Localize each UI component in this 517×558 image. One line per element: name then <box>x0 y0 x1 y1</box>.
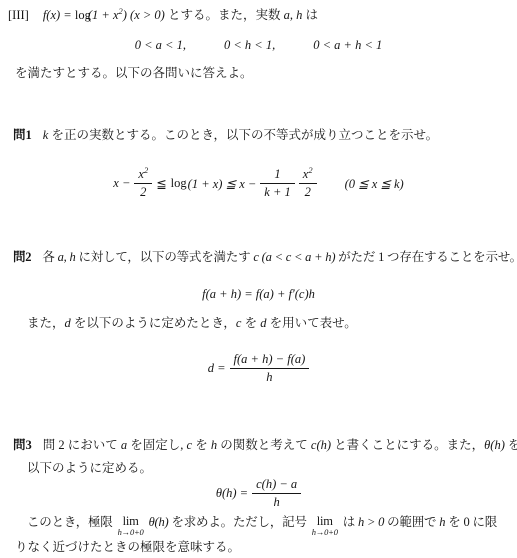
equation-text: f(a + h) = f(a) + f′(c)h <box>202 287 315 302</box>
fraction-1-over-k-plus-1: 1k + 1 <box>260 167 294 200</box>
final-text-a: このとき，極限 <box>27 515 113 529</box>
final-text-e: を 0 に限 <box>445 515 497 529</box>
question-2-text-a: 各 <box>42 250 57 264</box>
intro-close-line: を満たすとする。以下の各問いに答えよ。 <box>15 64 253 83</box>
question-1-inequality: x − x22 ≦ log (1 + x) ≦ x − 1k + 1 x22 (… <box>0 167 517 200</box>
fraction-denominator: k + 1 <box>260 183 294 200</box>
fraction-numerator: c(h) − a <box>252 477 301 493</box>
theta-fraction: c(h) − ah <box>252 477 301 510</box>
limit-notation: limh→0+0 <box>312 515 338 537</box>
fraction-numerator: x2 <box>134 167 152 183</box>
condition-h: 0 < h < 1, <box>224 38 275 52</box>
exam-page: [III]f(x) = log(1 + x2) (x > 0) とする。また，実… <box>0 0 517 558</box>
d-definition-formula: d = f(a + h) − f(a)h <box>0 352 517 385</box>
limit-notation: limh→0+0 <box>118 515 144 537</box>
final-paragraph-line-2: りなく近づけたときの極限を意味する。 <box>15 538 240 557</box>
question-3-line-2: 以下のように定める。 <box>27 459 152 478</box>
fraction-numerator: x2 <box>299 167 317 183</box>
d-equals: d = <box>208 361 226 376</box>
x-range-condition: (0 ≦ x ≦ k) <box>345 176 404 192</box>
final-text-c: は <box>343 515 358 529</box>
followup-text-c: を <box>241 316 260 330</box>
fraction-x2-over-2: x22 <box>134 167 152 200</box>
condition-a: 0 < a < 1, <box>135 38 186 52</box>
intro-line: [III]f(x) = log(1 + x2) (x > 0) とする。また，実… <box>8 6 318 25</box>
theta-of-h: θ(h) <box>149 515 169 529</box>
function-c-of-h: c(h) <box>311 438 331 452</box>
fraction-x2-over-2: x22 <box>299 167 317 200</box>
followup-text-d: を用いて表せ。 <box>266 316 356 330</box>
followup-text-a: また， <box>27 316 65 330</box>
question-2-text-c: がただ 1 つ存在することを示せ。 <box>335 250 517 264</box>
question-2-text-b: に対して，以下の等式を満たす <box>76 250 254 264</box>
leq-symbol: ≦ <box>156 176 166 192</box>
lim-subscript: h→0+0 <box>312 528 338 537</box>
conditions-line: 0 < a < 1,0 < h < 1,0 < a + h < 1 <box>0 36 517 55</box>
term-x-minus: x − <box>113 176 130 191</box>
fraction-denominator: 2 <box>299 183 317 200</box>
intro-text-particle: は <box>302 8 318 22</box>
theta-equals: θ(h) = <box>216 486 248 501</box>
numerator-exponent: 2 <box>144 165 148 175</box>
question-2-label: 問2 <box>13 250 31 264</box>
problem-number: [III] <box>8 8 29 22</box>
function-definition: f(x) = <box>43 8 75 22</box>
question-1-text: を正の実数とする。このとき，以下の不等式が成り立つことを示せ。 <box>48 128 438 142</box>
function-theta-of-h: θ(h) <box>484 438 505 452</box>
question-3-text-a: 問 2 において <box>43 438 121 452</box>
domain-condition: ) (x > 0) <box>123 8 168 22</box>
question-3-text-d: の関数と考えて <box>217 438 311 452</box>
c-range: c (a < c < a + h) <box>253 250 335 264</box>
question-3-text-e: と書くことにする。また， <box>331 438 484 452</box>
log-symbol: log <box>171 176 187 191</box>
fraction-numerator: 1 <box>260 167 294 183</box>
question-3-text-f: を <box>505 438 517 452</box>
mean-value-equation: f(a + h) = f(a) + f′(c)h <box>0 287 517 302</box>
question-3-line-1: 問3問 2 において a を固定し, c を h の関数と考えて c(h) と書… <box>13 436 517 455</box>
question-1-line: 問1k を正の実数とする。このとき，以下の不等式が成り立つことを示せ。 <box>13 126 438 145</box>
function-argument: (1 + x <box>88 8 119 22</box>
fraction-denominator: h <box>252 493 301 510</box>
final-paragraph-line-1: このとき，極限limh→0+0θ(h) を求めよ。ただし，記号limh→0+0は… <box>27 513 497 537</box>
middle-term: (1 + x) ≦ x − <box>188 176 257 192</box>
difference-quotient-fraction: f(a + h) − f(a)h <box>230 352 310 385</box>
lim-subscript: h→0+0 <box>118 528 144 537</box>
variable-names: a, h <box>284 8 303 22</box>
question-3-label: 問3 <box>13 438 32 452</box>
question-3-text-c: を <box>192 438 211 452</box>
intro-text: とする。また，実数 <box>168 8 284 22</box>
numerator-exponent: 2 <box>308 165 312 175</box>
final-text-d: の範囲で <box>384 515 439 529</box>
fraction-numerator: f(a + h) − f(a) <box>230 352 310 368</box>
condition-a-plus-h: 0 < a + h < 1 <box>313 38 382 52</box>
question-1-label: 問1 <box>13 128 32 142</box>
question-2-line: 問2各 a, h に対して，以下の等式を満たす c (a < c < a + h… <box>13 248 517 267</box>
fraction-denominator: 2 <box>134 183 152 200</box>
variables-a-h: a, h <box>58 250 76 264</box>
final-text-b: を求めよ。ただし，記号 <box>169 515 307 529</box>
h-positive-condition: h > 0 <box>358 515 384 529</box>
theta-definition-formula: θ(h) = c(h) − ah <box>0 477 517 510</box>
followup-text-b: を以下のように定めたとき， <box>71 316 236 330</box>
question-2-followup-line: また，d を以下のように定めたとき，c を d を用いて表せ。 <box>27 314 357 333</box>
question-3-text-b: を固定し, <box>127 438 186 452</box>
fraction-denominator: h <box>230 368 310 385</box>
